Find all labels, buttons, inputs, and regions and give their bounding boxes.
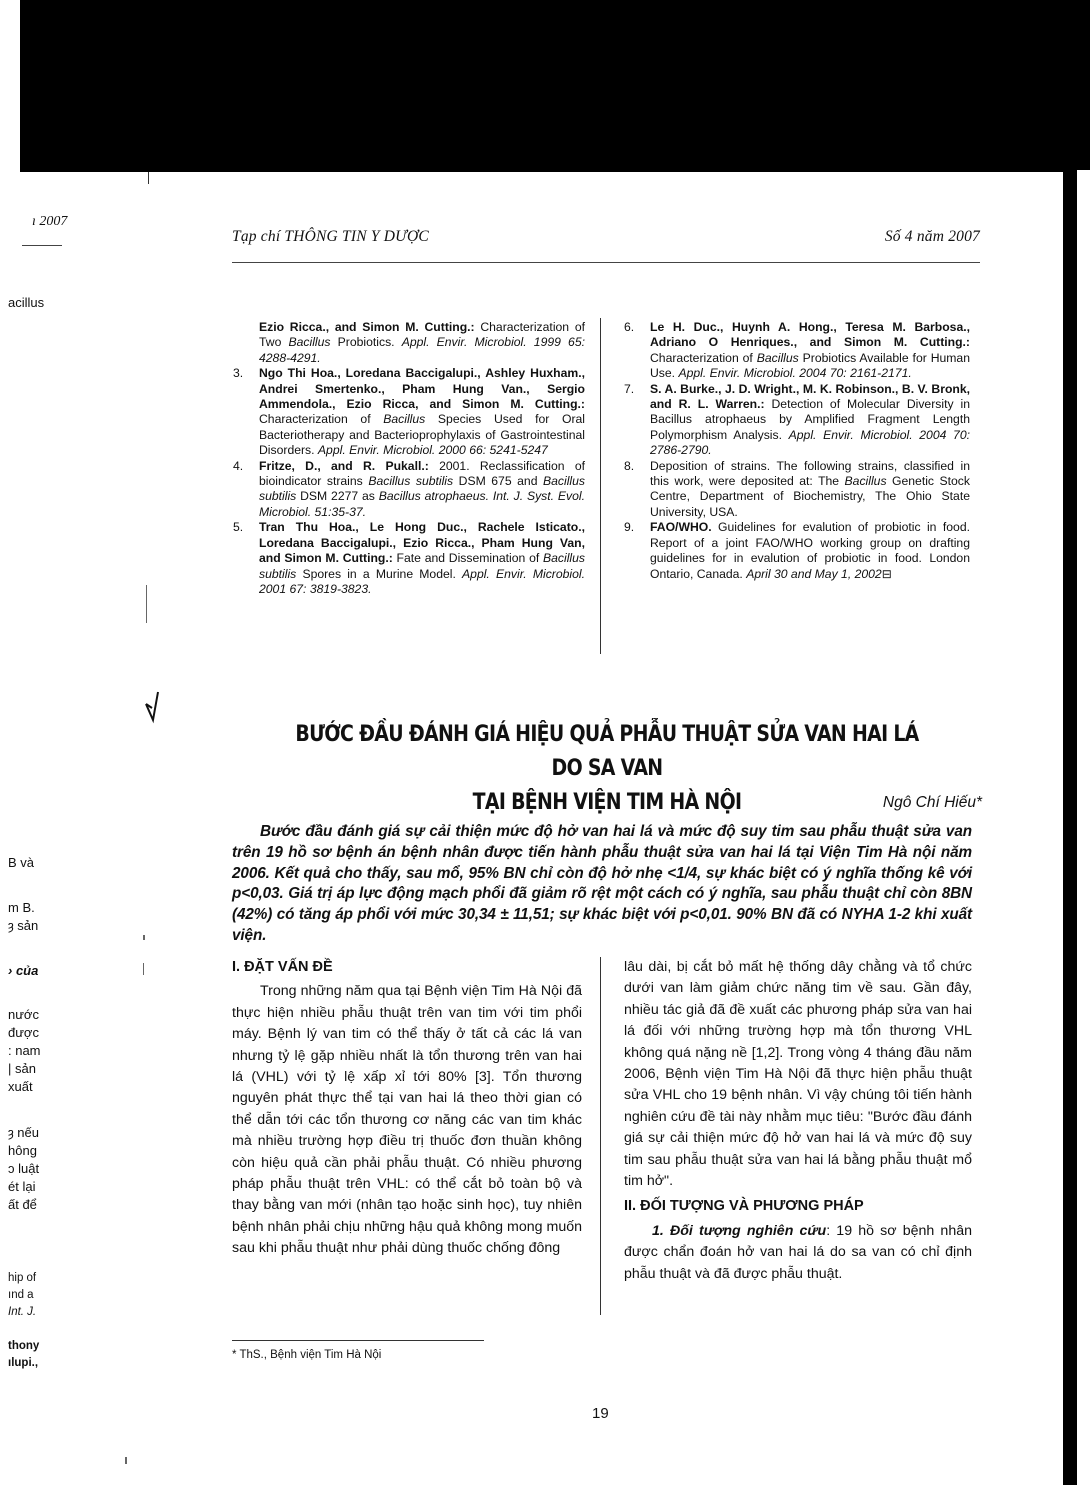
title-line-2: TẠI BỆNH VIỆN TIM HÀ NỘI [285,786,930,820]
reference-authors: Fritze, D., and R. Pukall.: [259,459,429,473]
previous-page-fragment: hip of [8,1270,36,1287]
reference-italic: Bacillus [845,474,887,488]
previous-page-bleed: ı 2007acillusB vàm B.ȝ sản› củanướcđược:… [0,0,100,1485]
scan-mark [143,963,144,975]
reference-source: Appl. Envir. Microbiol. 2004 70: 2161-21… [678,366,911,380]
reference-text: Spores in a Murine Model. [296,567,462,581]
previous-page-fragment: › của [8,962,38,979]
reference-text: DSM 2277 as [296,489,378,503]
reference-item: 4.Fritze, D., and R. Pukall.: 2001. Recl… [233,459,585,521]
reference-authors: Ngo Thi Hoa., Loredana Baccigalupi., Ash… [259,366,585,411]
previous-page-fragment: xuất [8,1078,33,1095]
header-rule [232,262,980,263]
introduction-paragraph-part1: Trong những năm qua tại Bệnh viện Tim Hà… [232,981,582,1259]
footnote-rule [232,1340,484,1341]
author-name: Ngô Chí Hiếu* [883,794,982,812]
end-of-article-icon: ⊟ [882,567,892,581]
previous-page-fragment: acillus [8,294,44,311]
reference-italic: Bacillus [383,412,425,426]
previous-page-fragment: ȝ nếu [8,1124,39,1141]
references-left-column: Ezio Ricca., and Simon M. Cutting.: Char… [233,320,585,597]
previous-page-fragment: ı 2007 [32,213,67,230]
footnote: * ThS., Bệnh viện Tim Hà Nội [232,1349,381,1361]
reference-authors: Ezio Ricca., and Simon M. Cutting.: [259,320,475,334]
title-line-1: BƯỚC ĐẦU ĐÁNH GIÁ HIỆU QUẢ PHẪU THUẬT SỬ… [285,718,930,786]
previous-page-fragment: | sản [8,1060,36,1077]
reference-item: 9.FAO/WHO. Guidelines for evalution of p… [624,520,970,582]
reference-text: Fate and Dissemination of [393,551,543,565]
methods-paragraph: 1. Đối tượng nghiên cứu: 19 hồ sơ bệnh n… [624,1221,972,1285]
previous-page-fragment: ét lại [8,1178,35,1195]
reference-source: April 30 and May 1, 2002 [746,567,882,581]
section-heading-methods: II. ĐỐI TƯỢNG VÀ PHƯƠNG PHÁP [624,1196,972,1217]
reference-item: 7.S. A. Burke., J. D. Wright., M. K. Rob… [624,382,970,459]
handwritten-check-icon [144,690,166,724]
reference-number: 4. [233,459,243,474]
previous-page-fragment: thony [8,1338,39,1355]
introduction-paragraph-part2: lâu dài, bị cắt bỏ mất hệ thống dây chằn… [624,957,972,1192]
reference-item: 5.Tran Thu Hoa., Le Hong Duc., Rachele I… [233,520,585,597]
scan-tick-mark [148,172,149,184]
scan-mark [146,585,147,623]
reference-number: 8. [624,459,634,474]
body-left-column: I. ĐẶT VẤN ĐỀ Trong những năm qua tại Bệ… [232,957,582,1260]
reference-number: 9. [624,520,634,535]
reference-number: 5. [233,520,243,535]
reference-authors: Le H. Duc., Huynh A. Hong., Teresa M. Ba… [650,320,970,349]
subheading-study-subjects: 1. Đối tượng nghiên cứu [652,1223,826,1239]
scan-white-edge [1077,170,1090,1485]
scan-mark [125,1457,127,1464]
previous-page-fragment: ılupi., [8,1355,38,1372]
previous-page-fragment: : nam [8,1042,41,1059]
references-right-column: 6.Le H. Duc., Huynh A. Hong., Teresa M. … [624,320,970,582]
page-number: 19 [592,1405,609,1422]
body-column-divider [600,957,601,1315]
reference-item: 3.Ngo Thi Hoa., Loredana Baccigalupi., A… [233,366,585,458]
previous-page-fragment: ınd a [8,1287,34,1304]
previous-page-fragment: ɔ luật [8,1160,39,1177]
reference-source: Appl. Envir. Microbiol. 2000 66: 5241-52… [318,443,548,457]
reference-item: Ezio Ricca., and Simon M. Cutting.: Char… [233,320,585,366]
reference-text: Probiotics. [331,335,402,349]
reference-number: 7. [624,382,634,397]
article-title: BƯỚC ĐẦU ĐÁNH GIÁ HIỆU QUẢ PHẪU THUẬT SỬ… [285,718,930,820]
previous-page-fragment: hông [8,1142,37,1159]
references-column-divider [600,318,601,654]
reference-item: 8.Deposition of strains. The following s… [624,459,970,521]
abstract: Bước đầu đánh giá sự cải thiện mức độ hở… [232,822,972,947]
section-heading-introduction: I. ĐẶT VẤN ĐỀ [232,957,582,978]
previous-page-fragment: được [8,1024,39,1041]
reference-text: DSM 675 and [453,474,543,488]
reference-text: Characterization of [259,412,383,426]
scan-mark [143,935,145,940]
previous-page-fragment: Int. J. [8,1304,36,1321]
scan-black-border-right [1063,170,1077,1485]
running-head: Tạp chí THÔNG TIN Y DƯỢC Số 4 năm 2007 [232,228,980,256]
reference-italic: Bacillus [757,351,799,365]
previous-page-fragment: m B. [8,899,35,916]
previous-page-rule [22,245,62,246]
previous-page-fragment: ất để [8,1196,37,1213]
reference-italic: Bacillus [289,335,331,349]
reference-number: 6. [624,320,634,335]
body-right-column: lâu dài, bị cắt bỏ mất hệ thống dây chằn… [624,957,972,1285]
reference-item: 6.Le H. Duc., Huynh A. Hong., Teresa M. … [624,320,970,382]
previous-page-fragment: ȝ sản [8,917,38,934]
previous-page-fragment: B và [8,854,34,871]
reference-text: Characterization of [650,351,757,365]
journal-name: Tạp chí THÔNG TIN Y DƯỢC [232,228,429,246]
previous-page-fragment: nước [8,1006,39,1023]
reference-number: 3. [233,366,243,381]
scan-black-border-top [20,0,1090,172]
reference-authors: FAO/WHO. [650,520,712,534]
reference-italic: Bacillus subtilis [368,474,453,488]
issue-label: Số 4 năm 2007 [885,228,980,246]
